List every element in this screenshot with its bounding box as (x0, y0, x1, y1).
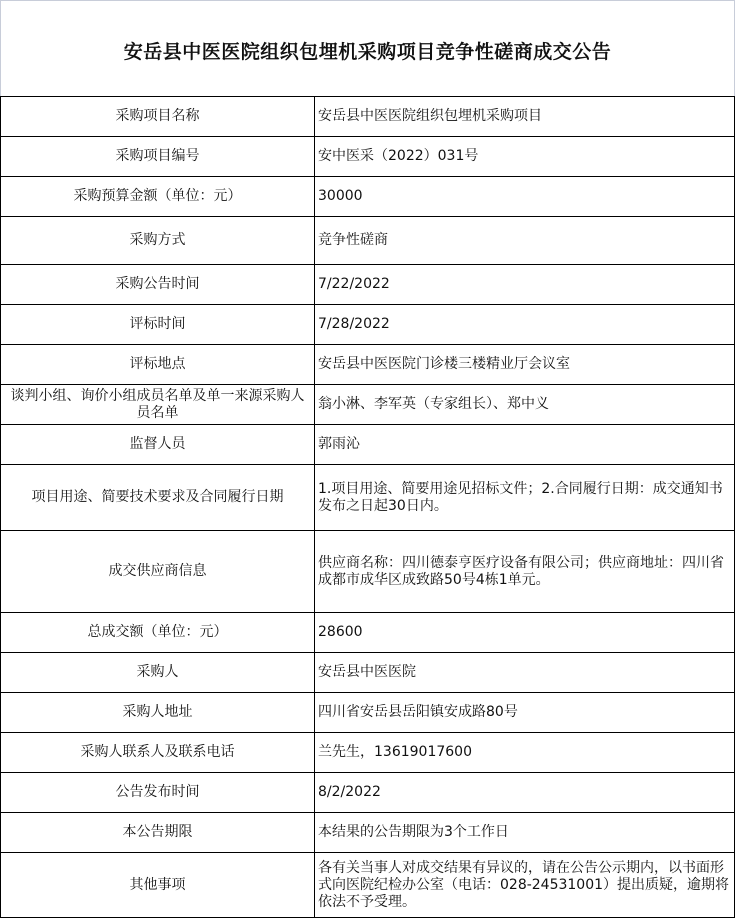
row-label: 评标时间 (1, 305, 315, 345)
row-label: 成交供应商信息 (1, 531, 315, 613)
row-value: 四川省安岳县岳阳镇安成路80号 (315, 693, 735, 733)
table-row: 评标地点安岳县中医医院门诊楼三楼精业厅会议室 (1, 345, 735, 385)
row-label: 其他事项 (1, 853, 315, 918)
row-value: 7/28/2022 (315, 305, 735, 345)
row-label: 总成交额（单位：元） (1, 613, 315, 653)
row-label: 采购公告时间 (1, 265, 315, 305)
table-row: 采购项目名称安岳县中医医院组织包埋机采购项目 (1, 97, 735, 137)
table-row: 采购人地址四川省安岳县岳阳镇安成路80号 (1, 693, 735, 733)
row-value: 竞争性磋商 (315, 217, 735, 265)
table-row: 总成交额（单位：元）28600 (1, 613, 735, 653)
row-label: 谈判小组、询价小组成员名单及单一来源采购人员名单 (1, 385, 315, 425)
notice-table: 采购项目名称安岳县中医医院组织包埋机采购项目采购项目编号安中医采（2022）03… (0, 96, 735, 918)
row-label: 采购人地址 (1, 693, 315, 733)
table-row: 项目用途、简要技术要求及合同履行日期1.项目用途、简要用途见招标文件；2.合同履… (1, 465, 735, 531)
row-value: 1.项目用途、简要用途见招标文件；2.合同履行日期：成交通知书发布之日起30日内… (315, 465, 735, 531)
row-label: 本公告期限 (1, 813, 315, 853)
row-value: 本结果的公告期限为3个工作日 (315, 813, 735, 853)
row-value: 各有关当事人对成交结果有异议的，请在公告公示期内，以书面形式向医院纪检办公室（电… (315, 853, 735, 918)
row-value: 安岳县中医医院门诊楼三楼精业厅会议室 (315, 345, 735, 385)
table-row: 采购预算金额（单位：元）30000 (1, 177, 735, 217)
page-title: 安岳县中医医院组织包埋机采购项目竞争性磋商成交公告 (124, 37, 612, 64)
row-value: 30000 (315, 177, 735, 217)
table-row: 评标时间7/28/2022 (1, 305, 735, 345)
title-area: 安岳县中医医院组织包埋机采购项目竞争性磋商成交公告 (0, 0, 735, 96)
row-value: 翁小淋、李军英（专家组长）、郑中义 (315, 385, 735, 425)
row-value: 郭雨沁 (315, 425, 735, 465)
table-row: 采购人联系人及联系电话兰先生，13619017600 (1, 733, 735, 773)
row-label: 公告发布时间 (1, 773, 315, 813)
table-row: 其他事项各有关当事人对成交结果有异议的，请在公告公示期内，以书面形式向医院纪检办… (1, 853, 735, 918)
row-value: 7/22/2022 (315, 265, 735, 305)
row-value: 兰先生，13619017600 (315, 733, 735, 773)
row-label: 采购人 (1, 653, 315, 693)
table-row: 本公告期限本结果的公告期限为3个工作日 (1, 813, 735, 853)
table-row: 采购人安岳县中医医院 (1, 653, 735, 693)
row-label: 采购预算金额（单位：元） (1, 177, 315, 217)
table-row: 监督人员郭雨沁 (1, 425, 735, 465)
row-value: 8/2/2022 (315, 773, 735, 813)
row-label: 采购项目名称 (1, 97, 315, 137)
table-row: 采购项目编号安中医采（2022）031号 (1, 137, 735, 177)
row-label: 项目用途、简要技术要求及合同履行日期 (1, 465, 315, 531)
row-value: 28600 (315, 613, 735, 653)
row-label: 采购项目编号 (1, 137, 315, 177)
table-row: 谈判小组、询价小组成员名单及单一来源采购人员名单翁小淋、李军英（专家组长）、郑中… (1, 385, 735, 425)
table-row: 公告发布时间8/2/2022 (1, 773, 735, 813)
row-value: 安中医采（2022）031号 (315, 137, 735, 177)
table-row: 成交供应商信息供应商名称：四川德泰亨医疗设备有限公司；供应商地址：四川省成都市成… (1, 531, 735, 613)
row-label: 采购方式 (1, 217, 315, 265)
table-row: 采购公告时间7/22/2022 (1, 265, 735, 305)
row-value: 安岳县中医医院 (315, 653, 735, 693)
table-row: 采购方式竞争性磋商 (1, 217, 735, 265)
row-label: 评标地点 (1, 345, 315, 385)
row-label: 监督人员 (1, 425, 315, 465)
row-value: 供应商名称：四川德泰亨医疗设备有限公司；供应商地址：四川省成都市成华区成致路50… (315, 531, 735, 613)
row-value: 安岳县中医医院组织包埋机采购项目 (315, 97, 735, 137)
row-label: 采购人联系人及联系电话 (1, 733, 315, 773)
